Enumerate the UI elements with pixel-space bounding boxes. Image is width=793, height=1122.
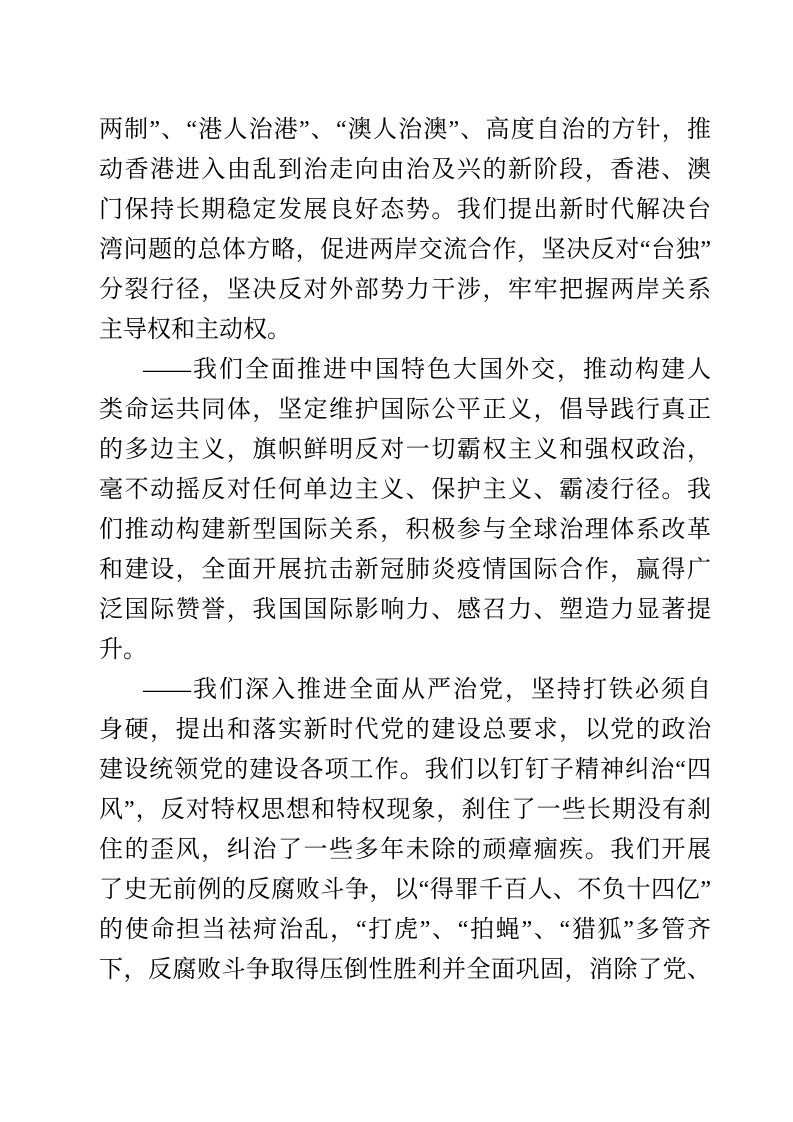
text-line: 两制”、“港人治港”、“澳人治澳”、高度自治的方针，推 [99, 110, 711, 150]
text-line: 建设统领党的建设各项工作。我们以钉钉子精神纠治“四 [99, 750, 711, 790]
text-line: 住的歪风，纠治了一些多年未除的顽瘴痼疾。我们开展 [99, 830, 711, 870]
text-line: 们推动构建新型国际关系，积极参与全球治理体系改革 [99, 510, 711, 550]
text-line: 门保持长期稳定发展良好态势。我们提出新时代解决台 [99, 190, 711, 230]
text-line: 升。 [99, 630, 711, 670]
text-line: ——我们深入推进全面从严治党，坚持打铁必须自 [99, 670, 711, 710]
text-line: 泛国际赞誉，我国国际影响力、感召力、塑造力显著提 [99, 590, 711, 630]
text-line: 分裂行径，坚决反对外部势力干涉，牢牢把握两岸关系 [99, 270, 711, 310]
text-line: 和建设，全面开展抗击新冠肺炎疫情国际合作，赢得广 [99, 550, 711, 590]
text-line: 的多边主义，旗帜鲜明反对一切霸权主义和强权政治， [99, 430, 711, 470]
text-line: 毫不动摇反对任何单边主义、保护主义、霸凌行径。我 [99, 470, 711, 510]
text-line: 下，反腐败斗争取得压倒性胜利并全面巩固，消除了党、 [99, 950, 711, 990]
text-line: ——我们全面推进中国特色大国外交，推动构建人 [99, 350, 711, 390]
text-line: 类命运共同体，坚定维护国际公平正义，倡导践行真正 [99, 390, 711, 430]
text-line: 动香港进入由乱到治走向由治及兴的新阶段，香港、澳 [99, 150, 711, 190]
text-line: 湾问题的总体方略，促进两岸交流合作，坚决反对“台独” [99, 230, 711, 270]
text-line: 风”，反对特权思想和特权现象，刹住了一些长期没有刹 [99, 790, 711, 830]
text-body: 两制”、“港人治港”、“澳人治澳”、高度自治的方针，推动香港进入由乱到治走向由治… [99, 110, 711, 990]
text-line: 的使命担当祛疴治乱，“打虎”、“拍蝇”、“猎狐”多管齐 [99, 910, 711, 950]
text-line: 了史无前例的反腐败斗争，以“得罪千百人、不负十四亿” [99, 870, 711, 910]
text-line: 身硬，提出和落实新时代党的建设总要求，以党的政治 [99, 710, 711, 750]
document-page: 两制”、“港人治港”、“澳人治澳”、高度自治的方针，推动香港进入由乱到治走向由治… [0, 0, 793, 1122]
text-line: 主导权和主动权。 [99, 310, 711, 350]
